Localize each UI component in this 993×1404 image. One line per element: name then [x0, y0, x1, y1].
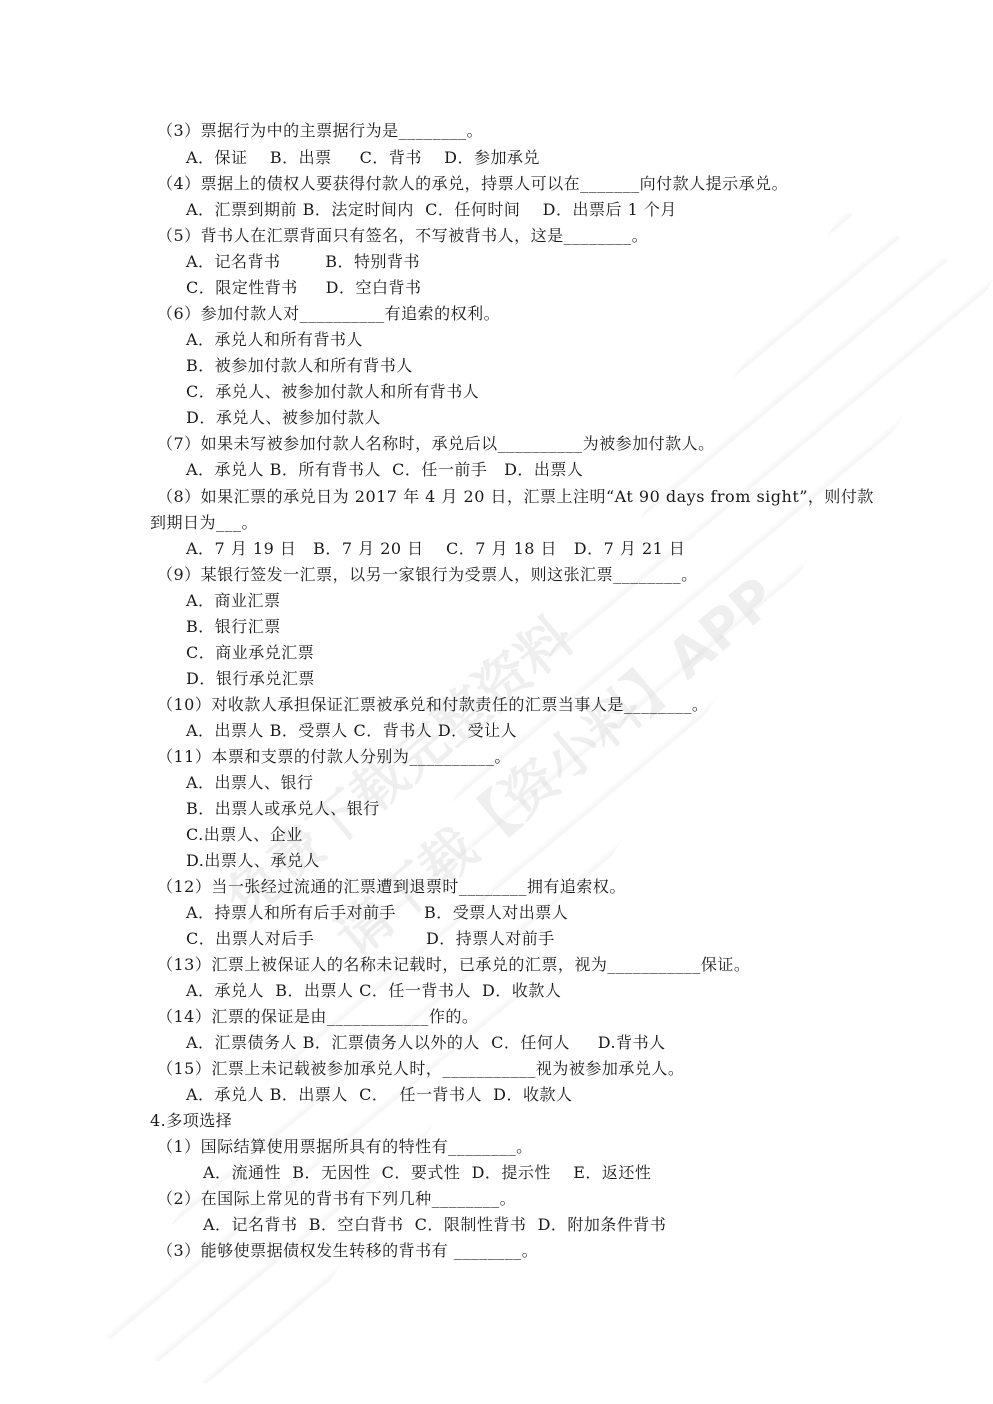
question-11-stem: （11）本票和支票的付款人分别为__________。	[157, 746, 511, 768]
question-12-options-row-1: A．持票人和所有后手对前手 B．受票人对出票人	[186, 902, 568, 924]
document-page: 免费下载完整资料 请下载【资小料】APP （3）票据行为中的主票据行为是____…	[0, 0, 993, 1404]
question-13-stem: （13）汇票上被保证人的名称未记载时，已承兑的汇票，视为___________保…	[157, 954, 750, 976]
question-12-stem: （12）当一张经过流通的汇票遭到退票时________拥有追索权。	[157, 876, 626, 898]
question-10-stem: （10）对收款人承担保证汇票被承兑和付款责任的汇票当事人是________。	[157, 694, 708, 716]
question-3-options: A．保证 B．出票 C．背书 D．参加承兑	[186, 147, 540, 169]
question-8-options: A．7 月 19 日 B．7 月 20 日 C．7 月 18 日 D．7 月 2…	[186, 538, 685, 560]
question-3-stem: （3）票据行为中的主票据行为是________。	[157, 120, 483, 142]
question-11-option-c: C.出票人、企业	[186, 824, 303, 846]
question-9-stem: （9）某银行签发一汇票，以另一家银行为受票人，则这张汇票________。	[157, 564, 698, 586]
multi-question-3-stem: （3）能够使票据债权发生转移的背书有 ________。	[157, 1240, 538, 1262]
multi-question-1-options: A．流通性 B．无因性 C．要式性 D．提示性 E．返还性	[203, 1162, 651, 1184]
question-14-options: A．汇票债务人 B．汇票债务人以外的人 C．任何人 D.背书人	[186, 1032, 666, 1054]
question-9-option-d: D．银行承兑汇票	[186, 668, 315, 690]
question-8-stem-line-2: 到期日为___。	[150, 512, 258, 534]
question-11-option-b: B．出票人或承兑人、银行	[186, 798, 380, 820]
question-6-option-b: B．被参加付款人和所有背书人	[186, 355, 413, 377]
question-4-stem: （4）票据上的债权人要获得付款人的承兑，持票人可以在_______向付款人提示承…	[157, 173, 788, 195]
question-15-stem: （15）汇票上未记载被参加承兑人时，___________视为被参加承兑人。	[157, 1058, 684, 1080]
question-13-options: A．承兑人 B．出票人 C．任一背书人 D．收款人	[186, 980, 561, 1002]
section-4-title: 4.多项选择	[150, 1110, 232, 1132]
question-9-option-c: C．商业承兑汇票	[186, 642, 314, 664]
multi-question-2-stem: （2）在国际上常见的背书有下列几种________。	[157, 1188, 516, 1210]
multi-question-1-stem: （1）国际结算使用票据所具有的特性有________。	[157, 1136, 533, 1158]
question-5-options-row-2: C．限定性背书 D．空白背书	[186, 277, 422, 299]
question-11-option-d: D.出票人、承兑人	[186, 850, 320, 872]
question-15-options: A．承兑人 B．出票人 C． 任一背书人 D．收款人	[186, 1084, 573, 1106]
question-7-stem: （7）如果未写被参加付款人名称时，承兑后以__________为被参加付款人。	[157, 433, 715, 455]
question-12-options-row-2: C．出票人对后手 D．持票人对前手	[186, 928, 555, 950]
question-9-option-a: A．商业汇票	[186, 590, 281, 612]
question-6-option-d: D．承兑人、被参加付款人	[186, 407, 381, 429]
multi-question-2-options: A．记名背书 B．空白背书 C．限制性背书 D．附加条件背书	[203, 1214, 666, 1236]
question-6-option-c: C．承兑人、被参加付款人和所有背书人	[186, 381, 479, 403]
question-14-stem: （14）汇票的保证是由____________作的。	[157, 1006, 478, 1028]
question-9-option-b: B．银行汇票	[186, 616, 281, 638]
question-6-option-a: A．承兑人和所有背书人	[186, 329, 363, 351]
question-10-options: A．出票人 B．受票人 C．背书人 D．受让人	[186, 720, 517, 742]
question-7-options: A．承兑人 B．所有背书人 C．任一前手 D．出票人	[186, 459, 583, 481]
question-4-options: A．汇票到期前 B．法定时间内 C．任何时间 D．出票后 1 个月	[186, 199, 677, 221]
question-6-stem: （6）参加付款人对__________有追索的权利。	[157, 303, 500, 325]
question-8-stem-line-1: （8）如果汇票的承兑日为 2017 年 4 月 20 日，汇票上注明“At 90…	[157, 486, 874, 508]
question-5-stem: （5）背书人在汇票背面只有签名，不写被背书人，这是________。	[157, 225, 648, 247]
question-5-options-row-1: A．记名背书 B．特别背书	[186, 251, 420, 273]
question-11-option-a: A．出票人、银行	[186, 772, 314, 794]
